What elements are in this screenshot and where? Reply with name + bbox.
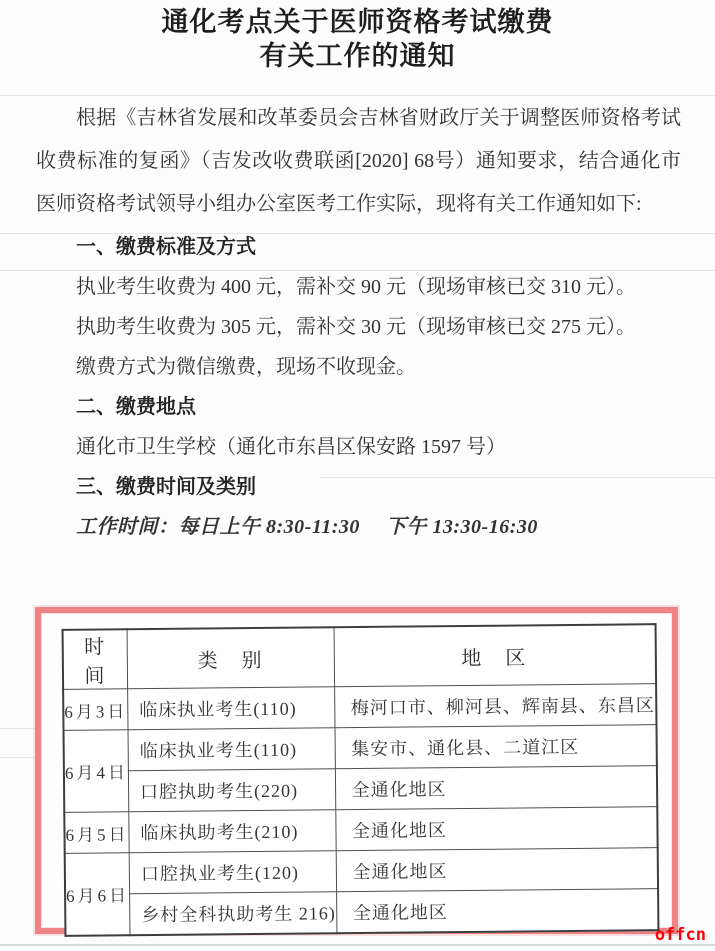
col-header-category: 类 别 bbox=[127, 627, 334, 688]
notice-title-line1: 通化考点关于医师资格考试缴费 bbox=[0, 5, 715, 39]
work-hours-line: 工作时间：每日上午 8:30-11:30 下午 13:30-16:30 bbox=[76, 507, 687, 547]
category-cell: 临床执业考生(110) bbox=[128, 687, 335, 730]
category-cell: 口腔执助考生(220) bbox=[128, 769, 335, 812]
table-row: 6月6日 口腔执业考生(120) 全通化地区 bbox=[65, 848, 658, 895]
table-header-row: 时 间 类 别 地 区 bbox=[63, 624, 656, 689]
category-cell: 口腔执业考生(120) bbox=[129, 851, 336, 894]
highlight-box: 时 间 类 别 地 区 6月3日 临床执业考生(110) 梅河口市、柳河县、辉南… bbox=[35, 607, 678, 934]
scan-artifact-line bbox=[0, 944, 715, 946]
region-cell: 全通化地区 bbox=[336, 889, 658, 933]
notice-title-line2: 有关工作的通知 bbox=[0, 39, 715, 73]
region-cell: 全通化地区 bbox=[336, 848, 658, 892]
payment-location-line: 通化市卫生学校（通化市东昌区保安路 1597 号） bbox=[76, 427, 687, 467]
notice-body: 一、缴费标准及方式 执业考生收费为 400 元，需补交 90 元（现场审核已交 … bbox=[76, 227, 687, 547]
payment-method-line: 缴费方式为微信缴费，现场不收现金。 bbox=[76, 347, 687, 387]
notice-title: 通化考点关于医师资格考试缴费 有关工作的通知 bbox=[0, 5, 715, 73]
offcn-watermark: offcn bbox=[655, 925, 706, 945]
section-1-heading: 一、缴费标准及方式 bbox=[76, 227, 687, 267]
table-row: 6月4日 临床执业考生(110) 集安市、通化县、二道江区 bbox=[64, 725, 657, 772]
table-row: 乡村全科执助考生 216) 全通化地区 bbox=[65, 889, 658, 936]
region-cell: 全通化地区 bbox=[335, 807, 657, 851]
region-cell: 集安市、通化县、二道江区 bbox=[334, 725, 656, 769]
date-cell: 6月6日 bbox=[65, 853, 130, 936]
table-row: 口腔执助考生(220) 全通化地区 bbox=[64, 766, 657, 813]
schedule-table: 时 间 类 别 地 区 6月3日 临床执业考生(110) 梅河口市、柳河县、辉南… bbox=[62, 623, 659, 936]
category-cell: 乡村全科执助考生 216) bbox=[130, 892, 337, 935]
intro-paragraph: 根据《吉林省发展和改革委员会吉林省财政厅关于调整医师资格考试收费标准的复函》（吉… bbox=[36, 97, 681, 226]
section-3-heading: 三、缴费时间及类别 bbox=[76, 467, 687, 507]
scanned-notice-page: 通化考点关于医师资格考试缴费 有关工作的通知 根据《吉林省发展和改革委员会吉林省… bbox=[0, 0, 715, 951]
scan-artifact-line bbox=[0, 95, 715, 96]
col-header-region: 地 区 bbox=[334, 624, 656, 687]
section-2-heading: 二、缴费地点 bbox=[76, 387, 687, 427]
date-cell: 6月3日 bbox=[63, 689, 128, 731]
category-cell: 临床执业考生(110) bbox=[128, 728, 335, 771]
col-header-time: 时 间 bbox=[63, 629, 128, 689]
fee-line-assistant: 执助考生收费为 305 元，需补交 30 元（现场审核已交 275 元）。 bbox=[76, 307, 687, 347]
region-cell: 梅河口市、柳河县、辉南县、东昌区 bbox=[334, 684, 656, 728]
region-cell: 全通化地区 bbox=[335, 766, 657, 810]
table-row: 6月5日 临床执助考生(210) 全通化地区 bbox=[64, 807, 657, 854]
category-cell: 临床执助考生(210) bbox=[129, 810, 336, 853]
date-cell: 6月4日 bbox=[64, 730, 129, 813]
table-row: 6月3日 临床执业考生(110) 梅河口市、柳河县、辉南县、东昌区 bbox=[63, 684, 656, 731]
date-cell: 6月5日 bbox=[64, 812, 129, 854]
fee-line-practicing: 执业考生收费为 400 元，需补交 90 元（现场审核已交 310 元）。 bbox=[76, 267, 687, 307]
